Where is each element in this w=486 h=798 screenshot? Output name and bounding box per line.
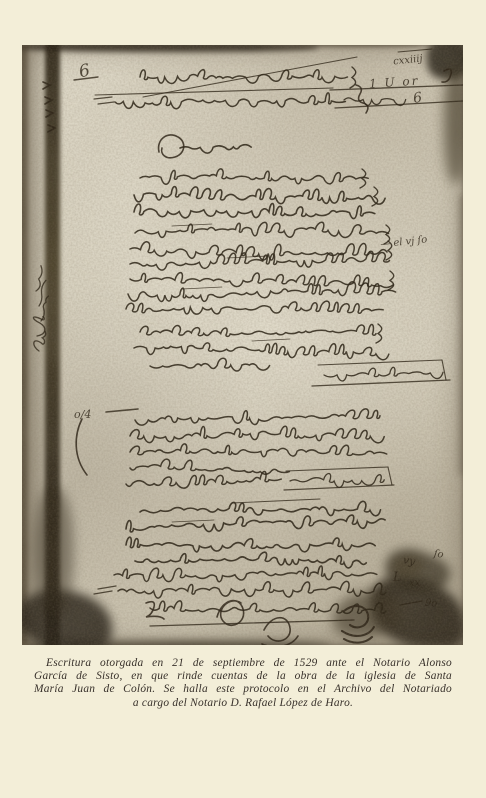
caption-line: García de Sisto, en que rinde cuentas de… — [34, 670, 452, 683]
manuscript-photo-plate: 6 cxxiiij 1 U or 6 — el vj ſo o/4 vy ſo … — [22, 45, 463, 645]
photo-grain-texture — [22, 45, 463, 645]
caption-line: María Juan de Colón. Se halla este proto… — [34, 683, 452, 696]
manuscript-handwriting-svg: 6 cxxiiij 1 U or 6 — el vj ſo o/4 vy ſo … — [22, 45, 463, 645]
caption-line: a cargo del Notario D. Rafael López de H… — [34, 697, 452, 710]
caption-line: Escritura otorgada en 21 de septiembre d… — [34, 657, 452, 670]
book-page: 6 cxxiiij 1 U or 6 — el vj ſo o/4 vy ſo … — [0, 0, 486, 798]
caption: Escritura otorgada en 21 de septiembre d… — [34, 657, 452, 710]
